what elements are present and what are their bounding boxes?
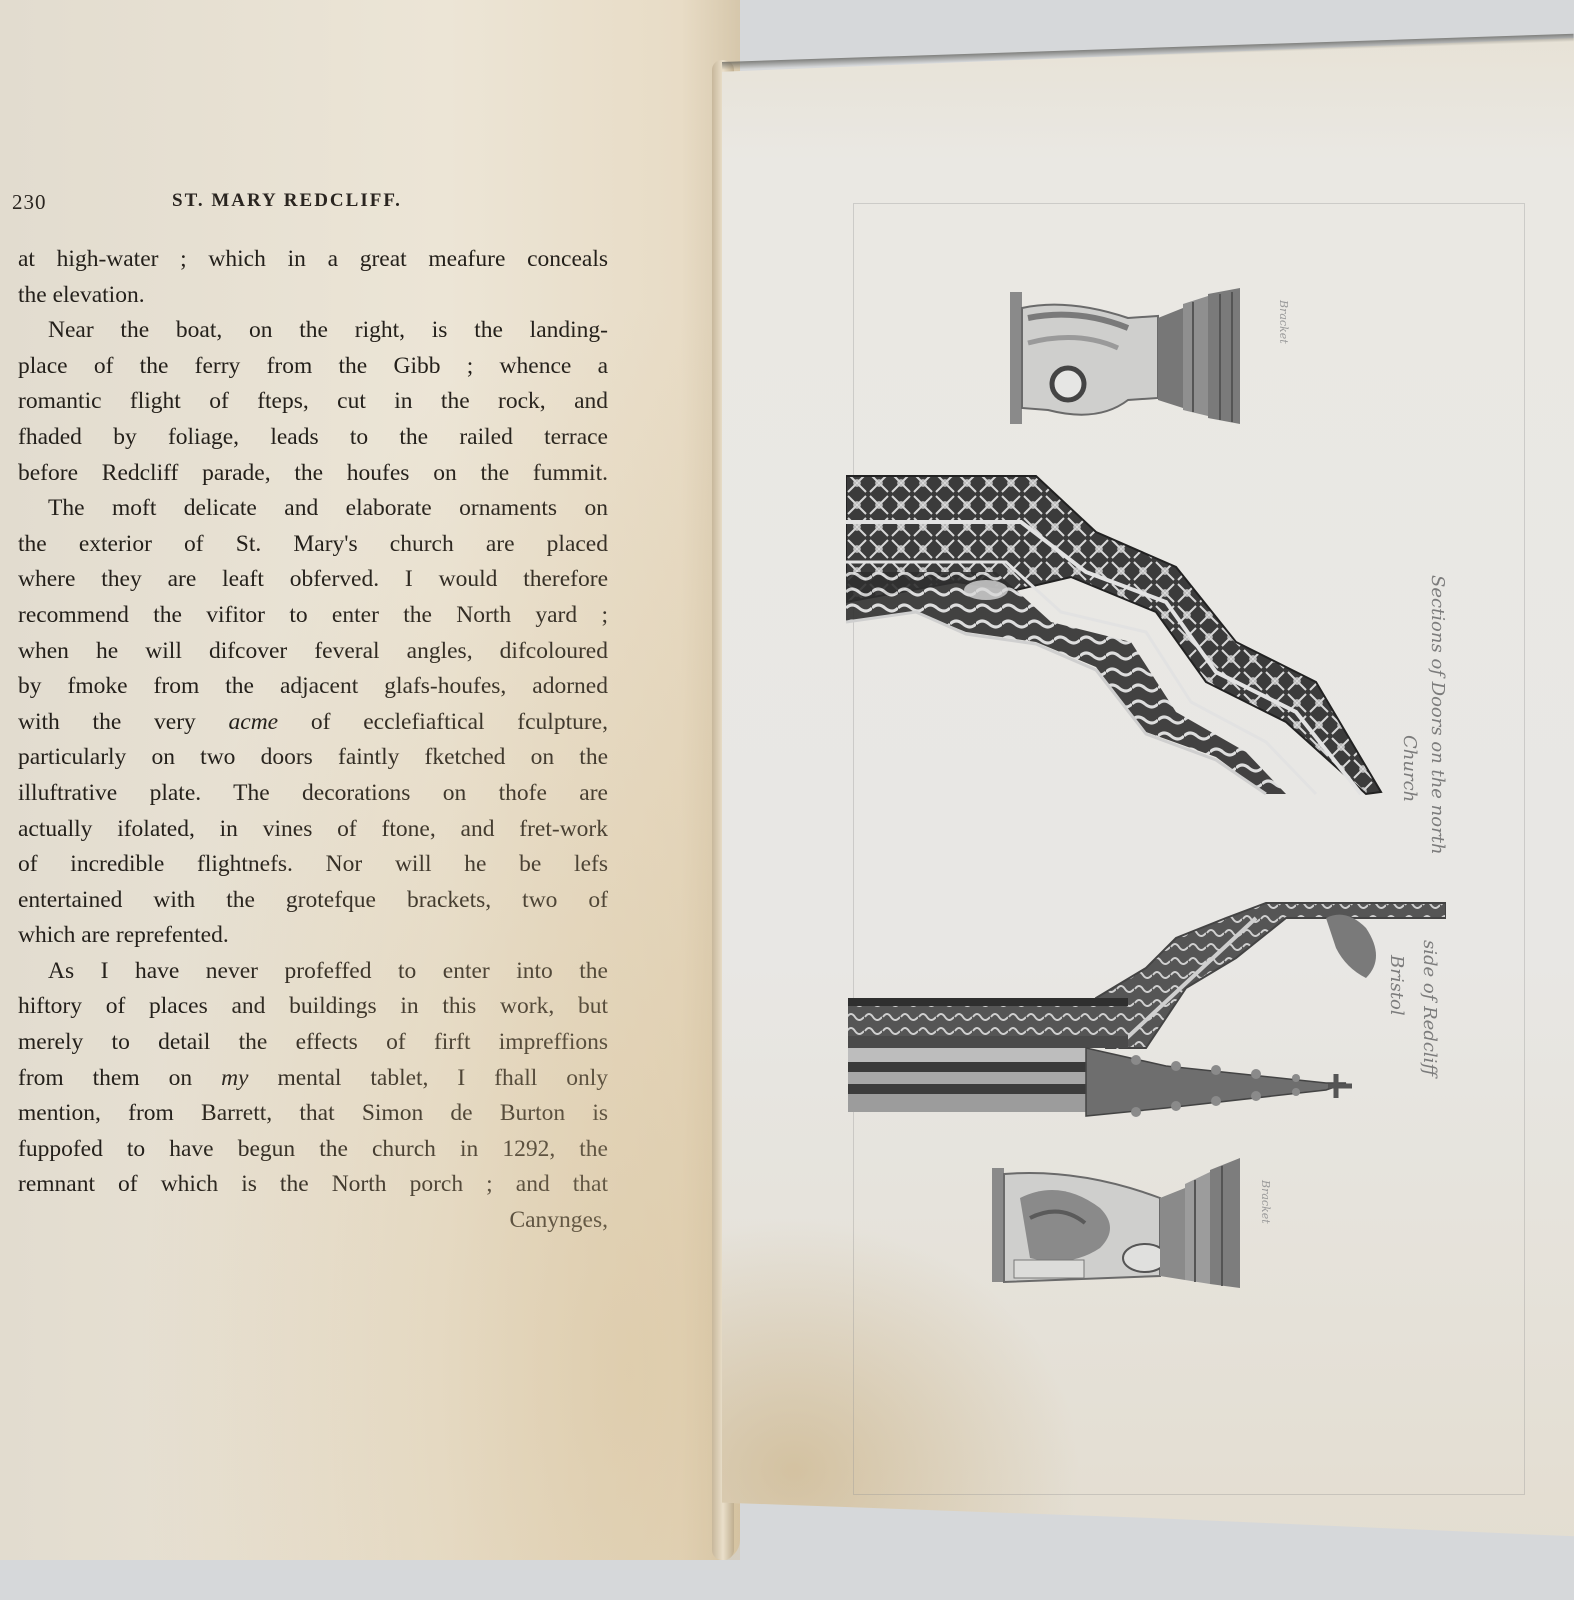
text-line: romantic flight of fteps, cut in the roc… [18,384,608,420]
pinnacle-spire [1086,1048,1352,1117]
running-head: ST. MARY REDCLIFF. [172,190,402,212]
italic-word: acme [229,709,279,735]
text-line: place of the ferry from the Gibb ; whenc… [18,349,608,385]
text-line: from them on my mental tablet, I fhall o… [18,1061,608,1097]
plate-subtitle-church: Church [1399,735,1420,802]
text-fragment: with the very [18,709,229,735]
text-line: As I have never profeffed to enter into … [18,954,608,990]
text-fragment: from them on [18,1065,221,1091]
plate-subtitle-city: Bristol [1386,955,1407,1016]
text-line: particularly on two doors faintly fketch… [18,740,608,776]
body-text: at high-water ; which in a great meafure… [18,242,608,1239]
grotesque-bracket-top-illustration [1008,288,1248,428]
text-line: where they are leaft obferved. I would t… [18,562,608,598]
text-line: the elevation. [18,278,608,314]
grotesque-bracket-bottom-illustration [990,1158,1250,1288]
ornamented-door-arch-lower-illustration [846,898,1446,1118]
text-line: fhaded by foliage, leads to the railed t… [18,420,608,456]
text-line: with the very acme of ecclefiaftical fcu… [18,705,608,741]
text-line: of incredible flightnefs. Nor will he be… [18,847,608,883]
text-line: which are reprefented. [18,918,608,954]
text-line: merely to detail the effects of firft im… [18,1025,608,1061]
left-page: 230 ST. MARY REDCLIFF. at high-water ; w… [0,0,740,1560]
bracket-caption-bottom: Bracket [1259,1180,1272,1224]
text-line: before Redcliff parade, the houfes on th… [18,456,608,492]
text-line: the exterior of St. Mary's church are pl… [18,527,608,563]
text-line: when he will difcover feveral angles, di… [18,634,608,670]
text-line: Canynges, [18,1203,608,1239]
text-fragment: mental tablet, I fhall only [248,1065,608,1091]
italic-word: my [221,1065,248,1091]
text-fragment: of ecclefiaftical fculpture, [278,709,608,735]
ornamented-door-arch-upper-illustration [846,472,1386,802]
text-line: entertained with the grotefque brackets,… [18,883,608,919]
text-line: mention, from Barrett, that Simon de Bur… [18,1096,608,1132]
text-line: by fmoke from the adjacent glafs-houfes,… [18,669,608,705]
text-line: actually ifolated, in vines of ftone, an… [18,812,608,848]
text-line: The moft delicate and elaborate ornament… [18,491,608,527]
text-line: fuppofed to have begun the church in 129… [18,1132,608,1168]
page-number: 230 [12,190,47,215]
text-line: recommend the vifitor to enter the North… [18,598,608,634]
text-line: remnant of which is the North porch ; an… [18,1167,608,1203]
plate-title-line1: Sections of Doors on the north [1427,575,1448,855]
text-line: Near the boat, on the right, is the land… [18,313,608,349]
text-line: hiftory of places and buildings in this … [18,989,608,1025]
plate-title-line2: side of Redcliff [1419,940,1440,1076]
text-line: at high-water ; which in a great meafure… [18,242,608,278]
text-line: illuftrative plate. The decorations on t… [18,776,608,812]
bracket-caption-top: Bracket [1277,300,1290,344]
